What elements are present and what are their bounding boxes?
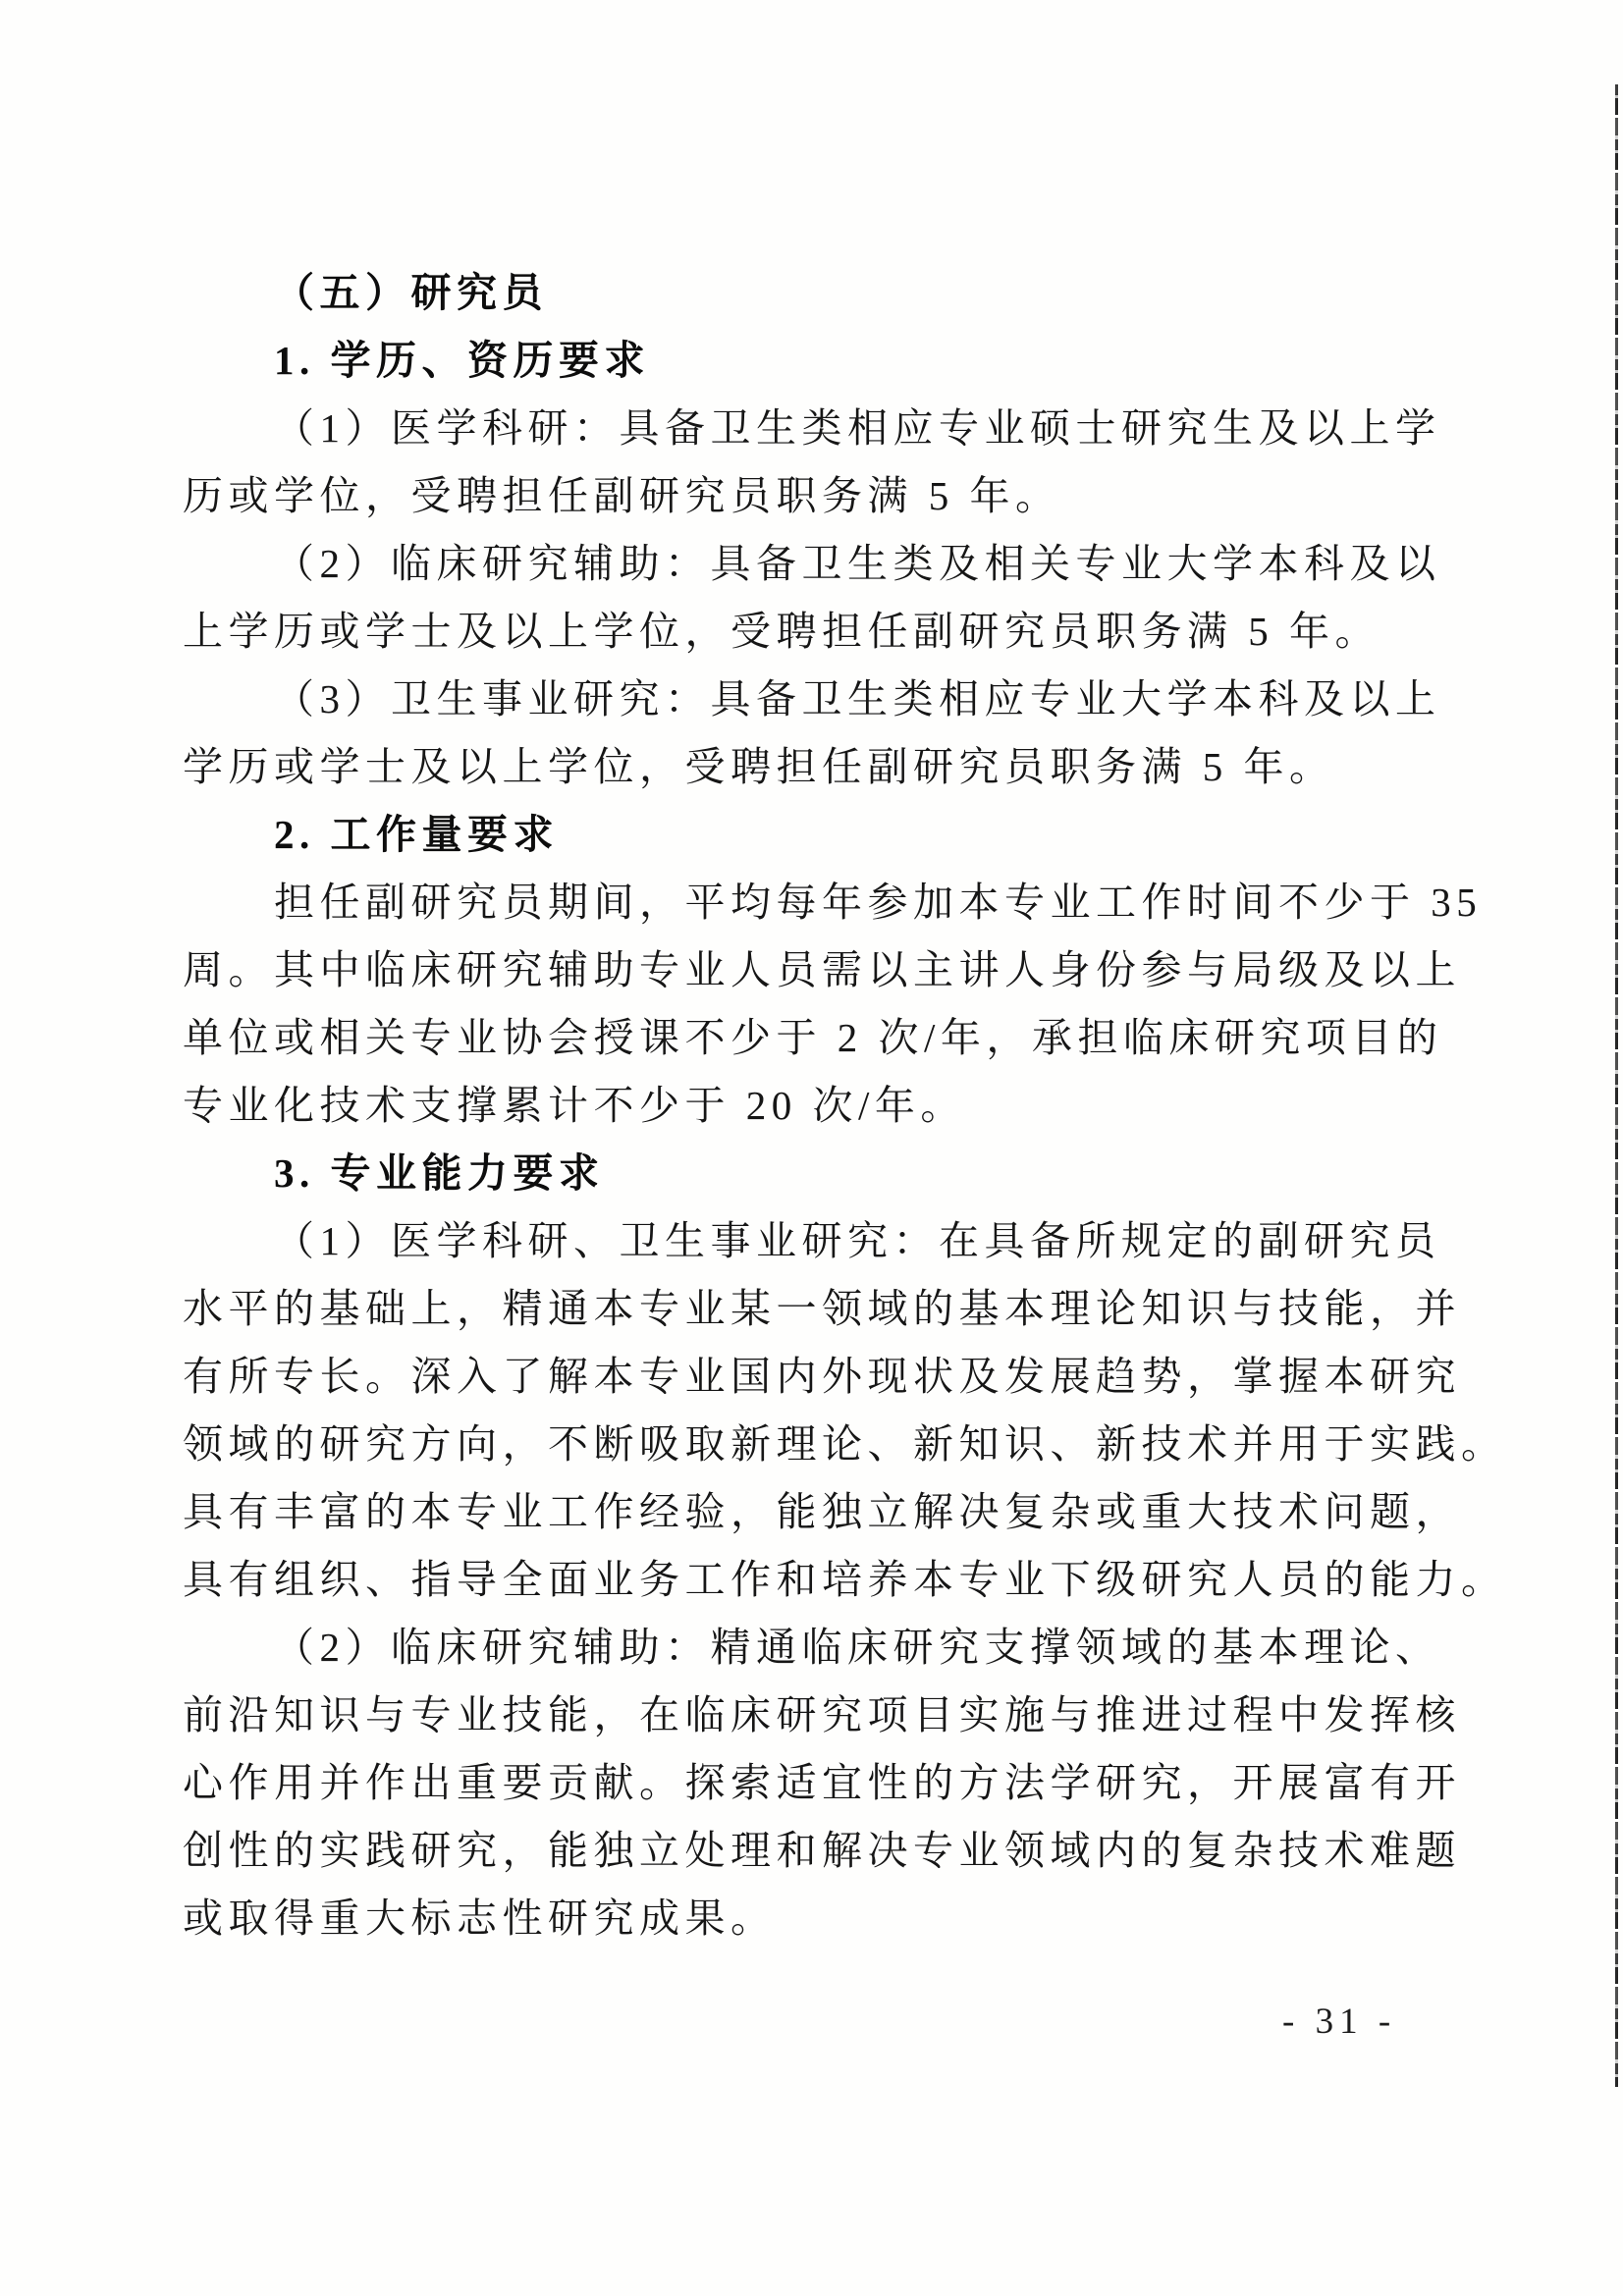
text-line: 具有组织、指导全面业务工作和培养本专业下级研究人员的能力。 [183, 1546, 1528, 1614]
text-line: 水平的基础上，精通本专业某一领域的基本理论知识与技能，并 [183, 1275, 1528, 1343]
text-line: （3）卫生事业研究：具备卫生类相应专业大学本科及以上 [183, 666, 1528, 733]
text-line: 创性的实践研究，能独立处理和解决专业领域内的复杂技术难题 [183, 1817, 1528, 1885]
text-line: （2）临床研究辅助：精通临床研究支撑领域的基本理论、 [183, 1614, 1528, 1682]
text-line: 历或学位，受聘担任副研究员职务满 5 年。 [183, 462, 1528, 530]
text-line: 担任副研究员期间，平均每年参加本专业工作时间不少于 35 [183, 869, 1528, 936]
text-line: 领域的研究方向，不断吸取新理论、新知识、新技术并用于实践。 [183, 1411, 1528, 1478]
text-line: 专业化技术支撑累计不少于 20 次/年。 [183, 1072, 1528, 1140]
text-line: 学历或学士及以上学位，受聘担任副研究员职务满 5 年。 [183, 733, 1528, 801]
text-line: 周。其中临床研究辅助专业人员需以主讲人身份参与局级及以上 [183, 936, 1528, 1004]
section-heading: 2. 工作量要求 [183, 801, 1528, 869]
text-line: 有所专长。深入了解本专业国内外现状及发展趋势，掌握本研究 [183, 1343, 1528, 1411]
text-line: 前沿知识与专业技能，在临床研究项目实施与推进过程中发挥核 [183, 1682, 1528, 1749]
text-line: 具有丰富的本专业工作经验，能独立解决复杂或重大技术问题， [183, 1478, 1528, 1546]
scan-artifact-line [1615, 84, 1618, 2087]
text-line: 心作用并作出重要贡献。探索适宜性的方法学研究，开展富有开 [183, 1749, 1528, 1817]
text-line: （1）医学科研：具备卫生类相应专业硕士研究生及以上学 [183, 395, 1528, 462]
text-line: 或取得重大标志性研究成果。 [183, 1885, 1528, 1952]
text-line: 上学历或学士及以上学位，受聘担任副研究员职务满 5 年。 [183, 598, 1528, 666]
text-line: （2）临床研究辅助：具备卫生类及相关专业大学本科及以 [183, 530, 1528, 598]
section-heading: （五）研究员 [183, 259, 1528, 327]
text-line: （1）医学科研、卫生事业研究：在具备所规定的副研究员 [183, 1207, 1528, 1275]
section-heading: 1. 学历、资历要求 [183, 327, 1528, 395]
section-heading: 3. 专业能力要求 [183, 1140, 1528, 1207]
text-line: 单位或相关专业协会授课不少于 2 次/年，承担临床研究项目的 [183, 1004, 1528, 1072]
document-body: （五）研究员1. 学历、资历要求（1）医学科研：具备卫生类相应专业硕士研究生及以… [183, 259, 1528, 1952]
document-page: （五）研究员1. 学历、资历要求（1）医学科研：具备卫生类相应专业硕士研究生及以… [0, 0, 1623, 2296]
page-number: - 31 - [1282, 2001, 1396, 2043]
